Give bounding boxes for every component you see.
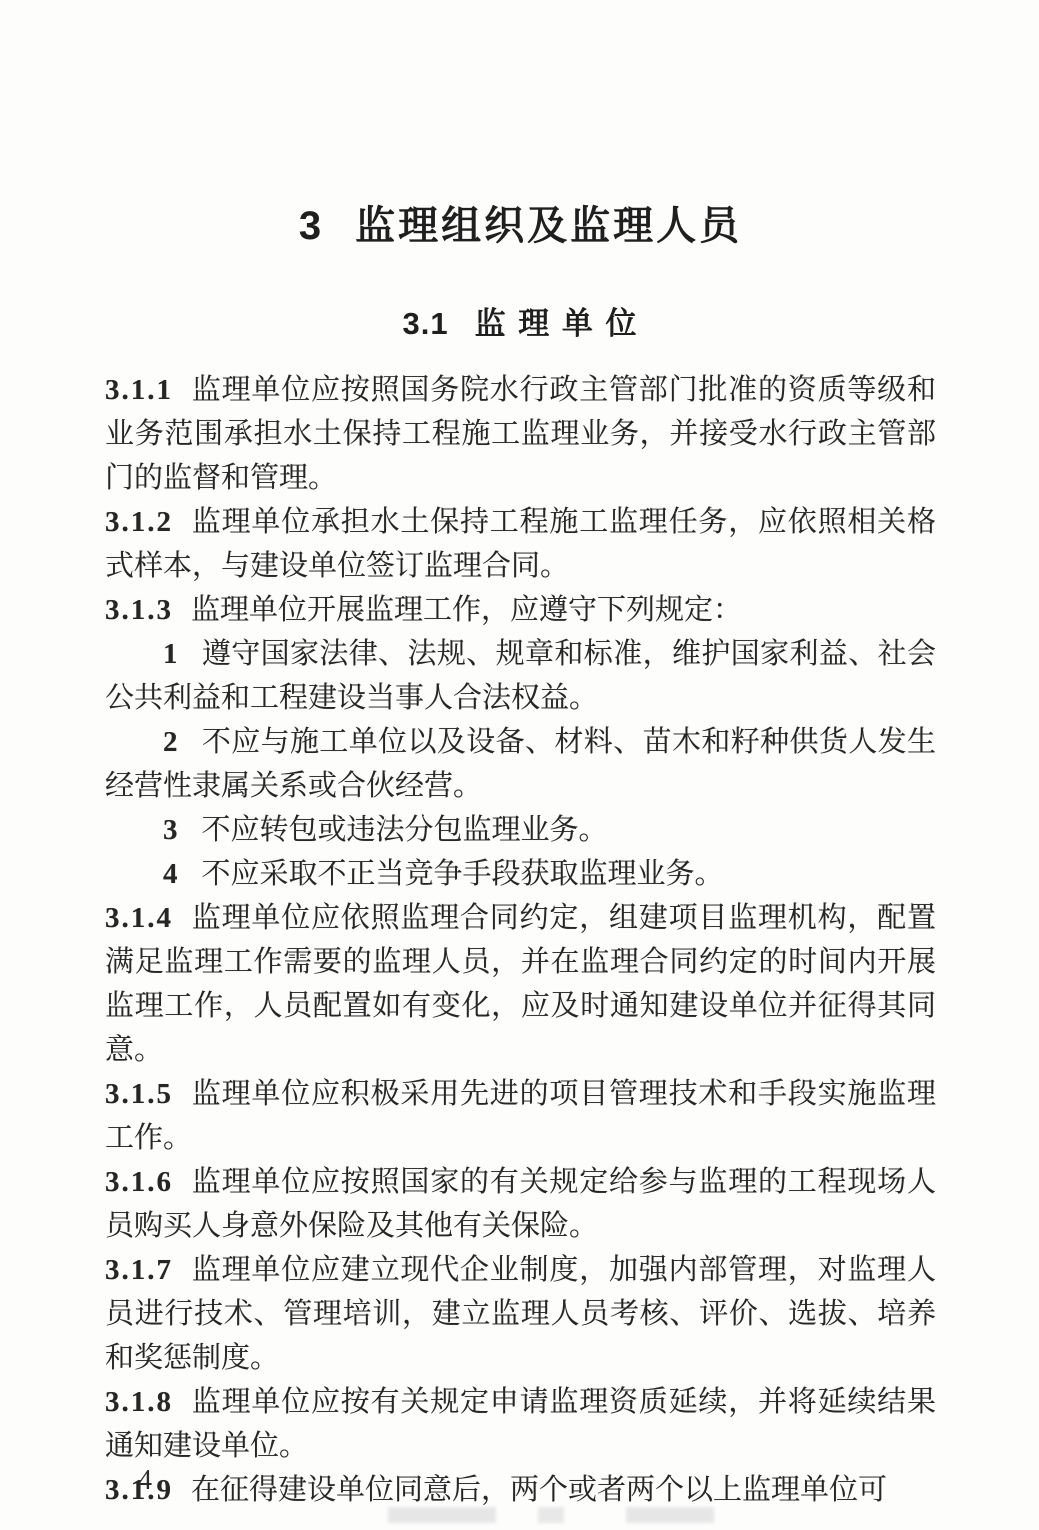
document-page: 3监理组织及监理人员 3.1监 理 单 位 3.1.1监理单位应按照国务院水行政…: [0, 0, 1039, 1530]
clause-number: 3.1.5: [105, 1078, 173, 1110]
clause-text: 监理单位应按照国务院水行政主管部门批准的资质等级和业务范围承担水土保持工程施工监…: [105, 374, 936, 494]
clause-number: 3.1.2: [105, 506, 173, 538]
clause-text: 监理单位应按照国家的有关规定给参与监理的工程现场人员购买人身意外保险及其他有关保…: [105, 1166, 936, 1242]
clause-text: 监理单位应依照监理合同约定，组建项目监理机构，配置满足监理工作需要的监理人员，并…: [105, 902, 936, 1066]
clause-number: 3.1.1: [105, 374, 173, 406]
clause-text: 监理单位应按有关规定申请监理资质延续，并将延续结果通知建设单位。: [105, 1386, 936, 1462]
item-number: 3: [163, 814, 180, 846]
clause-3-1-8: 3.1.8监理单位应按有关规定申请监理资质延续，并将延续结果通知建设单位。: [105, 1380, 936, 1468]
clause-3-1-5: 3.1.5监理单位应积极采用先进的项目管理技术和手段实施监理工作。: [105, 1072, 936, 1160]
clause-3-1-9: 3.1.9在征得建设单位同意后，两个或者两个以上监理单位可: [105, 1468, 936, 1512]
page-content: 3监理组织及监理人员 3.1监 理 单 位 3.1.1监理单位应按照国务院水行政…: [105, 0, 936, 1512]
clause-3-1-3: 3.1.3监理单位开展监理工作，应遵守下列规定：: [105, 588, 936, 632]
list-item-3: 3不应转包或违法分包监理业务。: [105, 808, 936, 852]
clause-number: 3.1.8: [105, 1386, 173, 1418]
chapter-title: 3监理组织及监理人员: [105, 0, 936, 250]
list-item-4: 4不应采取不正当竞争手段获取监理业务。: [105, 852, 936, 896]
section-title: 3.1监 理 单 位: [105, 306, 936, 342]
item-text: 不应与施工单位以及设备、材料、苗木和籽种供货人发生经营性隶属关系或合伙经营。: [105, 726, 936, 802]
item-text: 不应采取不正当竞争手段获取监理业务。: [202, 858, 724, 890]
clause-text: 监理单位开展监理工作，应遵守下列规定：: [191, 594, 742, 626]
clause-number: 3.1.6: [105, 1166, 173, 1198]
clause-number: 3.1.3: [105, 594, 173, 626]
clause-3-1-4: 3.1.4监理单位应依照监理合同约定，组建项目监理机构，配置满足监理工作需要的监…: [105, 896, 936, 1072]
faint-print-through-artifact: [388, 1507, 714, 1523]
list-item-1: 1遵守国家法律、法规、规章和标准，维护国家利益、社会公共利益和工程建设当事人合法…: [105, 632, 936, 720]
section-number: 3.1: [403, 306, 449, 341]
clause-3-1-2: 3.1.2监理单位承担水土保持工程施工监理任务，应依照相关格式样本，与建设单位签…: [105, 500, 936, 588]
clause-3-1-7: 3.1.7监理单位应建立现代企业制度，加强内部管理，对监理人员进行技术、管理培训…: [105, 1248, 936, 1380]
clause-text: 监理单位承担水土保持工程施工监理任务，应依照相关格式样本，与建设单位签订监理合同…: [105, 506, 936, 582]
chapter-number: 3: [299, 204, 321, 248]
clause-text: 监理单位应建立现代企业制度，加强内部管理，对监理人员进行技术、管理培训，建立监理…: [105, 1254, 936, 1374]
item-number: 4: [163, 858, 180, 890]
clause-text: 监理单位应积极采用先进的项目管理技术和手段实施监理工作。: [105, 1078, 936, 1154]
section-title-text: 监 理 单 位: [475, 306, 639, 341]
item-number: 2: [163, 726, 180, 758]
clause-number: 3.1.7: [105, 1254, 173, 1286]
clause-3-1-1: 3.1.1监理单位应按照国务院水行政主管部门批准的资质等级和业务范围承担水土保持…: [105, 368, 936, 500]
item-number: 1: [163, 638, 180, 670]
clause-text: 在征得建设单位同意后，两个或者两个以上监理单位可: [191, 1474, 887, 1506]
item-text: 遵守国家法律、法规、规章和标准，维护国家利益、社会公共利益和工程建设当事人合法权…: [105, 638, 936, 714]
clause-3-1-6: 3.1.6监理单位应按照国家的有关规定给参与监理的工程现场人员购买人身意外保险及…: [105, 1160, 936, 1248]
clause-number: 3.1.4: [105, 902, 173, 934]
list-item-2: 2不应与施工单位以及设备、材料、苗木和籽种供货人发生经营性隶属关系或合伙经营。: [105, 720, 936, 808]
chapter-title-text: 监理组织及监理人员: [355, 204, 742, 248]
page-number: 4: [138, 1464, 152, 1498]
item-text: 不应转包或违法分包监理业务。: [202, 814, 608, 846]
clause-list: 3.1.1监理单位应按照国务院水行政主管部门批准的资质等级和业务范围承担水土保持…: [105, 368, 936, 1512]
